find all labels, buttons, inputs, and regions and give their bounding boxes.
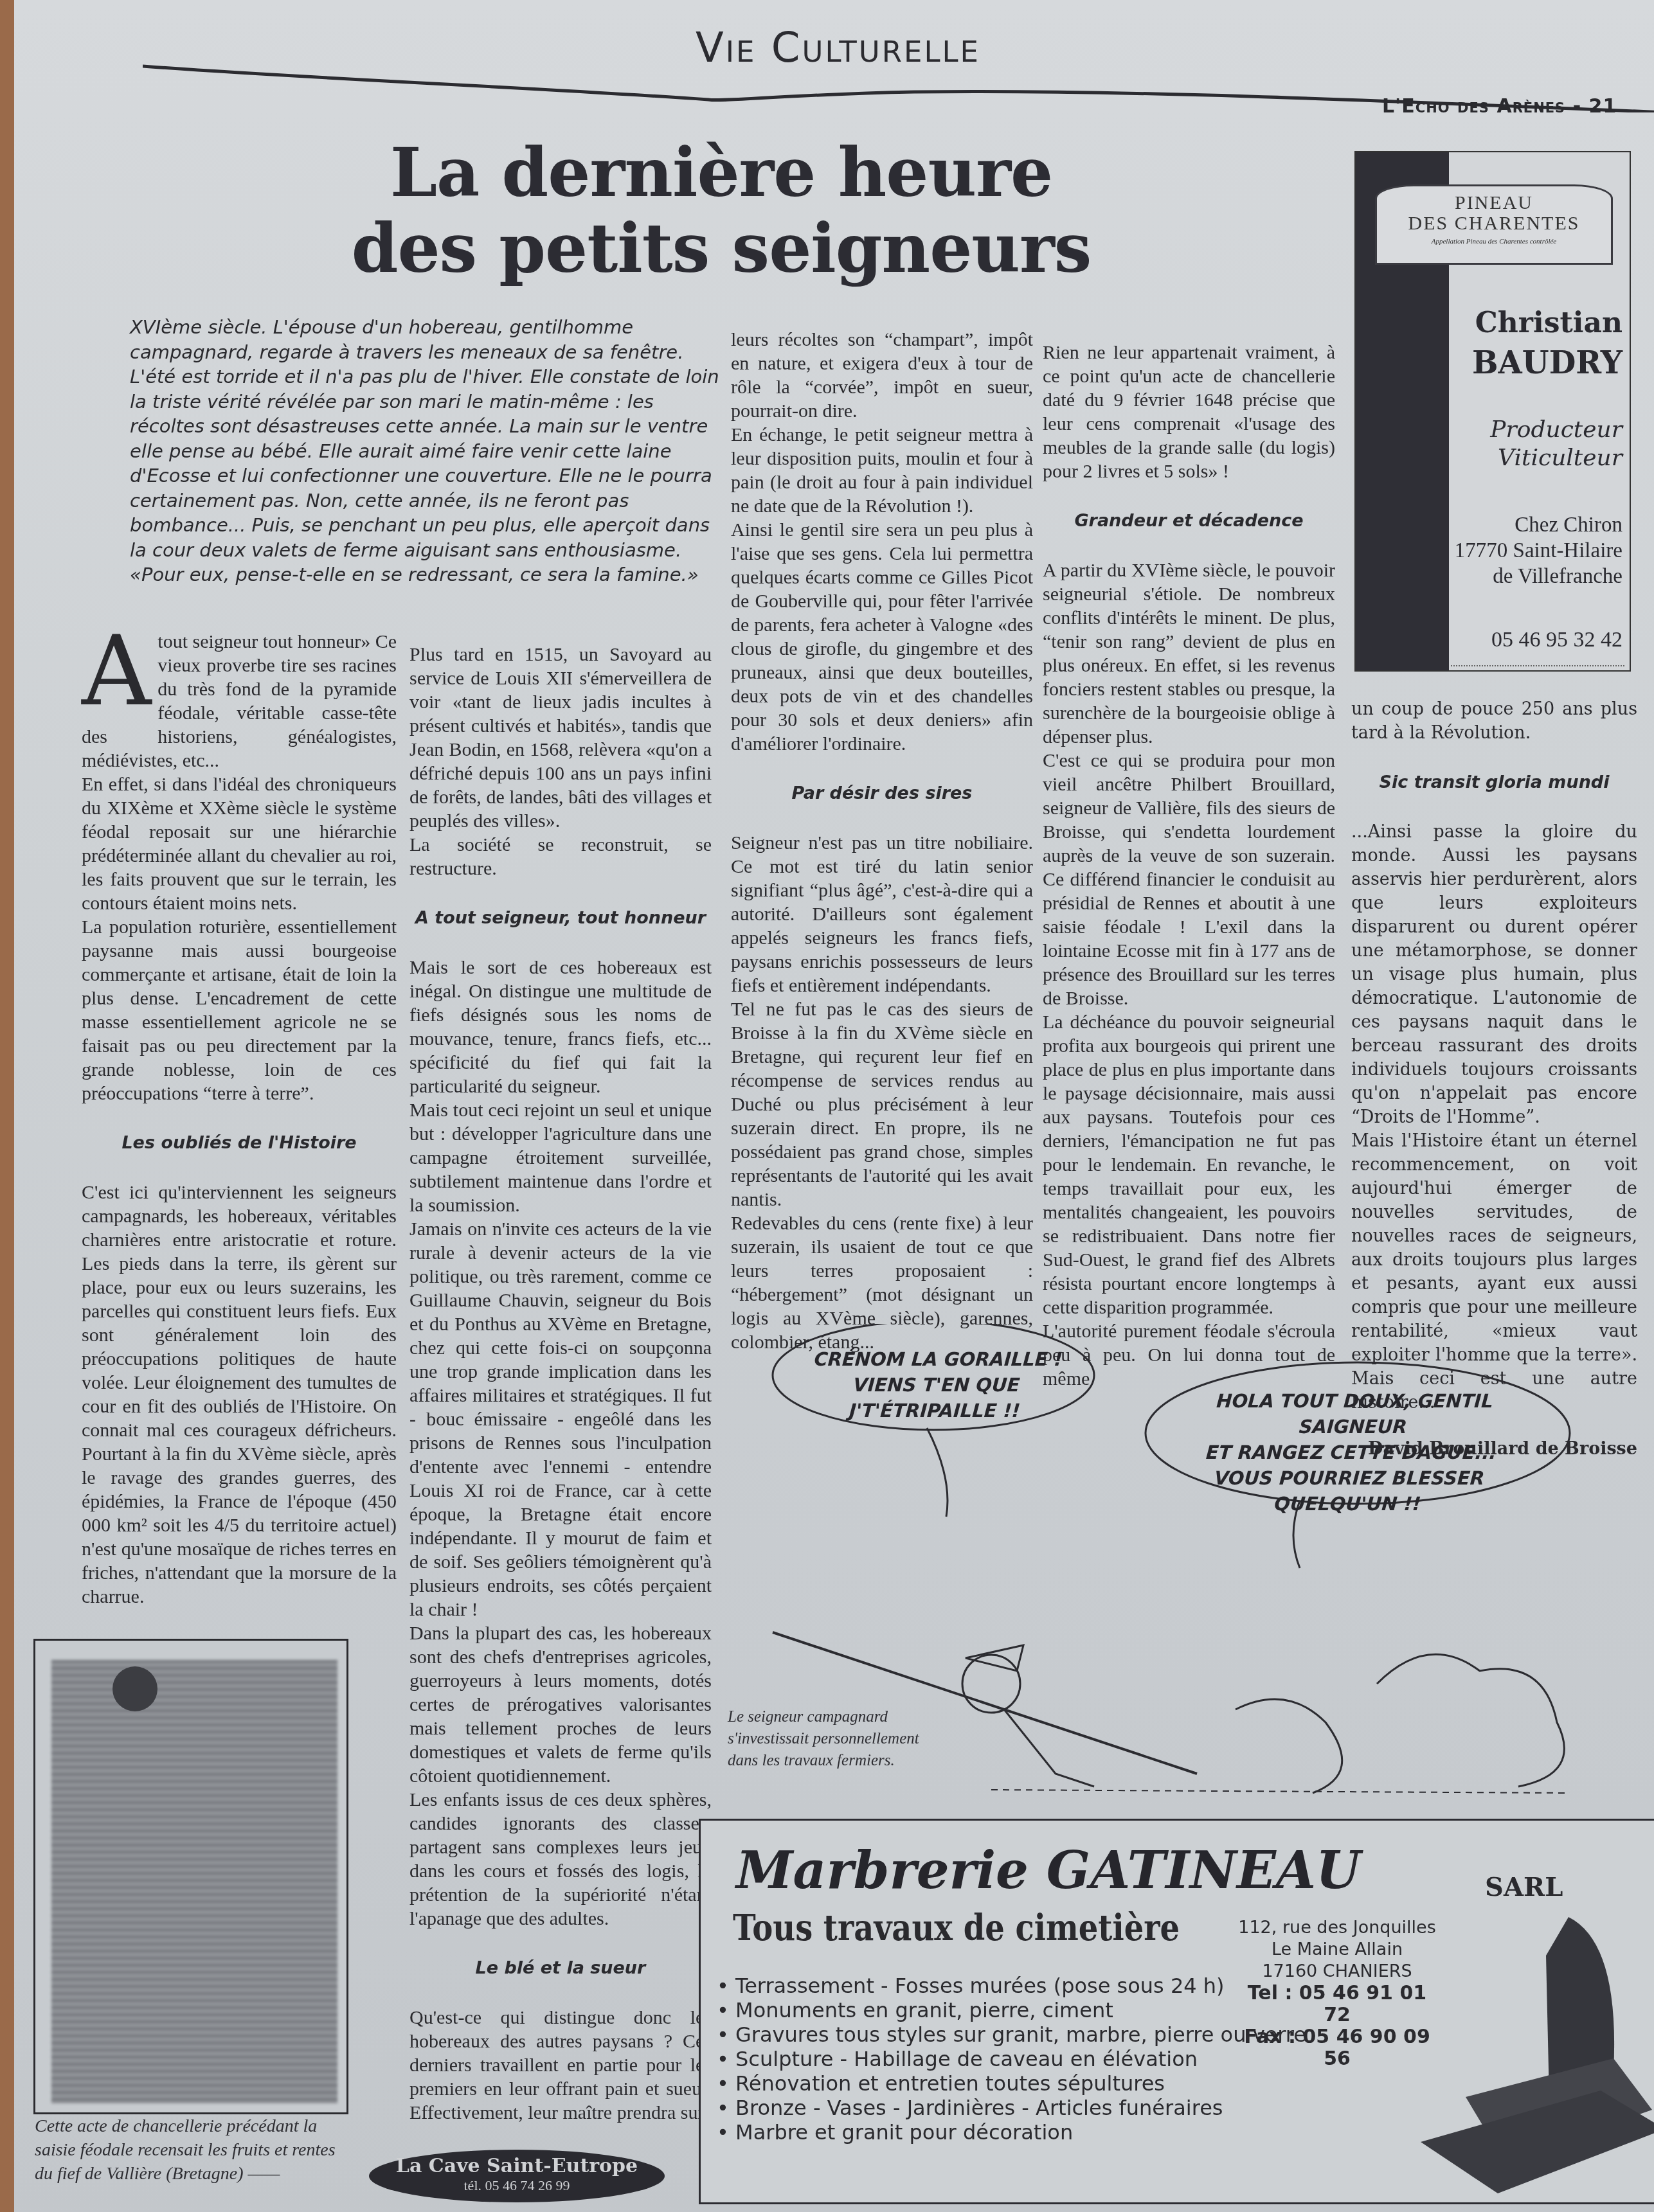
paragraph: En effet, si dans l'idéal des chroniqueu…: [82, 772, 397, 915]
producer-phone: 05 46 95 32 42: [1452, 628, 1623, 652]
paragraph: Ainsi le gentil sire sera un peu plus à …: [731, 518, 1033, 756]
producer-first-name: Christian: [1452, 307, 1623, 339]
subheading: Sic transit gloria mundi: [1351, 771, 1637, 794]
service-item: Gravures tous styles sur granit, marbre,…: [717, 2022, 1306, 2047]
article-intro: XVIème siècle. L'épouse d'un hobereau, g…: [130, 315, 721, 587]
paragraph: un coup de pouce 250 ans plus tard à la …: [1351, 697, 1637, 745]
marbrerie-suffix: SARL: [1485, 1872, 1563, 1902]
marbrerie-title: Marbrerie GATINEAU: [736, 1840, 1361, 1900]
cave-name: La Cave Saint-Eutrope: [369, 2155, 665, 2177]
bubble-line: ET RANGEZ CETTE DAGUE...: [1158, 1440, 1545, 1465]
service-item: Terrassement - Fosses murées (pose sous …: [717, 1974, 1306, 1998]
services-list: Terrassement - Fosses murées (pose sous …: [717, 1974, 1306, 2145]
chancellery-document-image: [33, 1639, 348, 2114]
producer-address: Chez Chiron 17770 Saint-Hilaire de Ville…: [1452, 512, 1623, 589]
ad-fine-print: [1451, 663, 1624, 666]
cave-phone: tél. 05 46 74 26 99: [369, 2177, 665, 2194]
paragraph: Rien ne leur appartenait vraiment, à ce …: [1043, 341, 1335, 483]
service-item: Sculpture - Habillage de caveau en éléva…: [717, 2047, 1306, 2071]
paragraph: Dans la plupart des cas, les hobereaux s…: [409, 1621, 712, 1788]
paragraph: C'est ce qui se produira pour mon vieil …: [1043, 749, 1335, 1010]
bubble-line: VOUS POURRIEZ BLESSER QUELQU'UN !!: [1154, 1465, 1543, 1517]
paragraph: Qu'est-ce qui distingue donc les hoberea…: [409, 2006, 712, 2125]
subheading: Par désir des sires: [731, 781, 1033, 805]
subheading: Grandeur et décadence: [1043, 509, 1335, 533]
paragraph: A partir du XVIème siècle, le pouvoir se…: [1043, 558, 1335, 749]
role-line: Producteur: [1452, 416, 1623, 444]
cave-saint-eutrope-ad[interactable]: La Cave Saint-Eutrope tél. 05 46 74 26 9…: [369, 2150, 665, 2202]
paragraph: Jamais on n'invite ces acteurs de la vie…: [409, 1217, 712, 1621]
speech-bubble-animal: HOLA TOUT DOUX, GENTIL SAIGNEUR ET RANGE…: [1154, 1388, 1549, 1517]
column-2: Plus tard en 1515, un Savoyard au servic…: [409, 643, 712, 2125]
speech-bubble-seigneur: CRÉNOM LA GORAILLE ! VIENS T'EN QUE J'T'…: [793, 1346, 1081, 1423]
role-line: Viticulteur: [1452, 444, 1623, 472]
column-1: A tout seigneur tout honneur» Ce vieux p…: [82, 630, 397, 1609]
newspaper-page: Vie Culturelle L'Echo des Arènes - 21 La…: [14, 0, 1654, 2212]
marbrerie-gatineau-ad[interactable]: Marbrerie GATINEAU SARL Tous travaux de …: [699, 1819, 1654, 2204]
paragraph: ...Ainsi passe la gloire du monde. Aussi…: [1351, 820, 1637, 1129]
drop-cap: A: [82, 634, 151, 709]
service-item: Monuments en granit, pierre, ciment: [717, 1998, 1306, 2022]
tombstone-icon: [1408, 1904, 1654, 2200]
paragraph: Plus tard en 1515, un Savoyard au servic…: [409, 643, 712, 833]
bubble-line: HOLA TOUT DOUX, GENTIL SAIGNEUR: [1159, 1388, 1549, 1440]
subheading: A tout seigneur, tout honneur: [409, 906, 712, 930]
address-line: Chez Chiron: [1452, 512, 1623, 538]
column-3: leurs récoltes son “champart”, impôt en …: [731, 328, 1033, 1354]
service-item: Bronze - Vases - Jardinières - Articles …: [717, 2096, 1306, 2120]
document-scan: [51, 1660, 337, 2103]
headline-line-2: des petits seigneurs: [336, 211, 1107, 287]
image-caption: Cette acte de chancellerie précédant la …: [35, 2114, 353, 2186]
plaque-line: DES CHARENTES: [1377, 213, 1611, 234]
page-edge: [0, 0, 14, 2212]
marbrerie-subtitle: Tous travaux de cimetière: [733, 1908, 1180, 1949]
plaque-line: PINEAU: [1377, 193, 1611, 213]
paragraph: Les enfants issus de ces deux sphères, c…: [409, 1788, 712, 1931]
paragraph: Seigneur n'est pas un titre nobiliaire. …: [731, 831, 1033, 997]
paragraph: C'est ici qu'interviennent les seigneurs…: [82, 1181, 397, 1609]
issue-tag: L'Echo des Arènes - 21: [1382, 95, 1617, 118]
plaque-appellation: Appellation Pineau des Charentes contrôl…: [1377, 238, 1611, 245]
address-line: 17770 Saint-Hilaire: [1452, 538, 1623, 564]
subheading: Les oubliés de l'Histoire: [82, 1131, 397, 1155]
article-headline: La dernière heure des petits seigneurs: [336, 135, 1107, 287]
service-item: Marbre et granit pour décoration: [717, 2120, 1306, 2145]
paragraph: En échange, le petit seigneur mettra à l…: [731, 423, 1033, 518]
paragraph: Mais le sort de ces hobereaux est inégal…: [409, 956, 712, 1098]
headline-line-1: La dernière heure: [336, 135, 1107, 211]
producer-role: Producteur Viticulteur: [1452, 416, 1623, 472]
paragraph: La déchéance du pouvoir seigneurial prof…: [1043, 1010, 1335, 1319]
bubble-line: CRÉNOM LA GORAILLE !: [796, 1346, 1081, 1372]
address-line: de Villefranche: [1452, 564, 1623, 589]
bubble-line: VIENS T'EN QUE J'T'ÉTRIPAILLE !!: [793, 1372, 1079, 1423]
paragraph: Tel ne fut pas le cas des sieurs de Broi…: [731, 997, 1033, 1211]
producer-last-name: BAUDRY: [1452, 345, 1623, 381]
subheading: Le blé et la sueur: [409, 1956, 712, 1980]
pineau-ad[interactable]: PINEAU DES CHARENTES Appellation Pineau …: [1354, 151, 1631, 672]
paragraph: leurs récoltes son “champart”, impôt en …: [731, 328, 1033, 423]
cartoon-caption: Le seigneur campagnard s'investissait pe…: [728, 1706, 946, 1772]
service-item: Rénovation et entretien toutes sépulture…: [717, 2071, 1306, 2096]
paragraph: La société se reconstruit, se restructur…: [409, 833, 712, 880]
column-4: Rien ne leur appartenait vraiment, à ce …: [1043, 341, 1335, 1391]
paragraph: Mais tout ceci rejoint un seul et unique…: [409, 1098, 712, 1217]
pineau-plaque: PINEAU DES CHARENTES Appellation Pineau …: [1375, 184, 1613, 265]
seal-icon: [112, 1666, 157, 1711]
paragraph: La population roturière, essentiellement…: [82, 915, 397, 1105]
